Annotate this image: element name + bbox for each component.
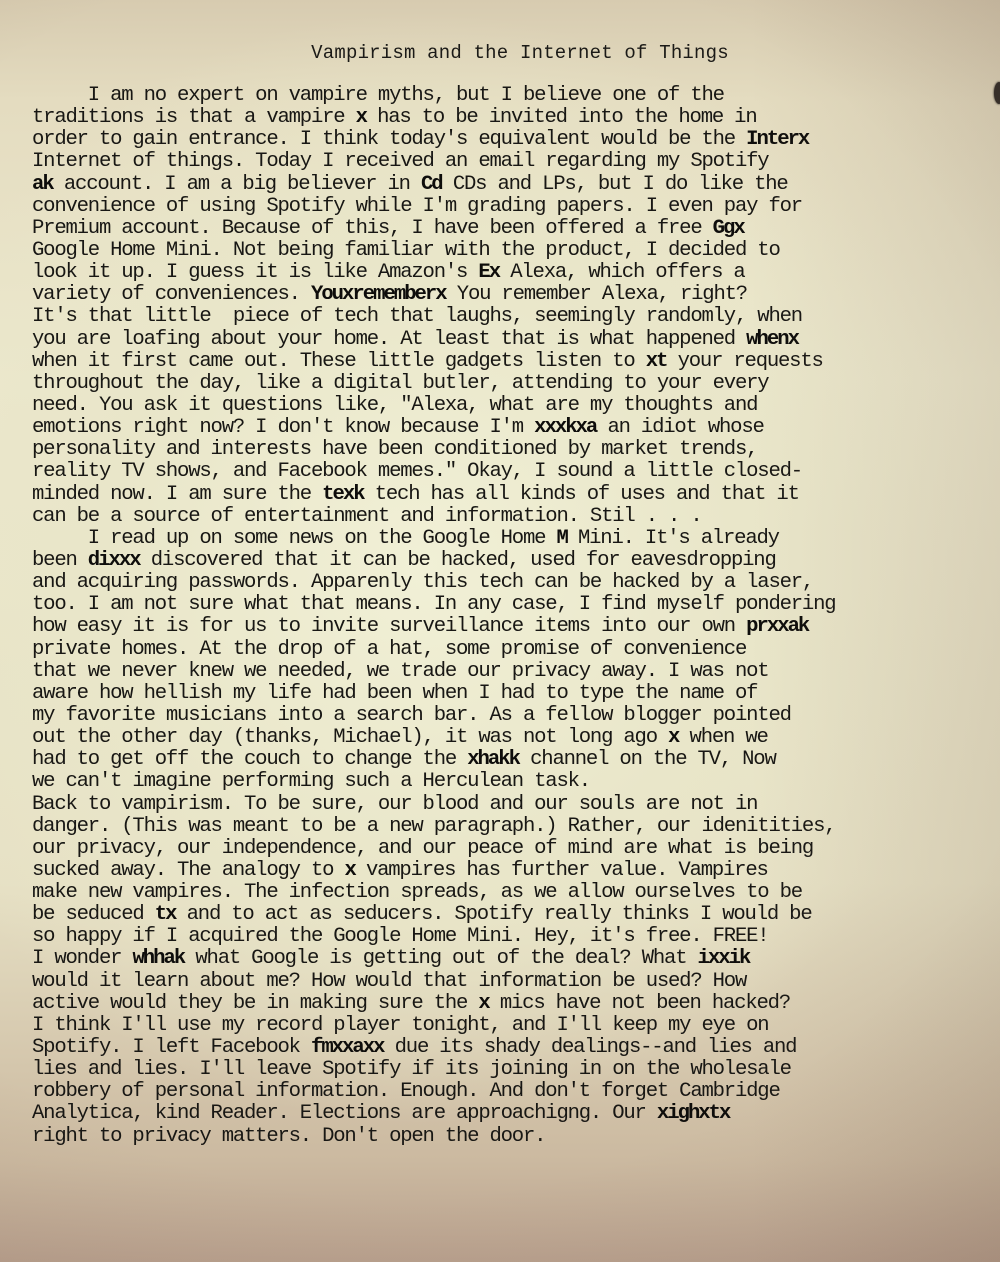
text-line: convenience of using Spotify while I'm g… [32,196,1000,218]
text-line: I think I'll use my record player tonigh… [32,1015,1000,1037]
text-line: Back to vampirism. To be sure, our blood… [32,794,1000,816]
struck-out-typo: Interx [746,128,808,151]
struck-out-typo: Ggx [713,217,744,240]
text-line: sucked away. The analogy to x vampires h… [32,860,1000,882]
struck-out-typo: prxxak [746,615,808,638]
text-line: lies and lies. I'll leave Spotify if its… [32,1059,1000,1081]
text-line: Analytica, kind Reader. Elections are ap… [32,1103,1000,1125]
text-line: emotions right now? I don't know because… [32,417,1000,439]
text-line: I wonder whhak what Google is getting ou… [32,948,1000,970]
typed-page: Vampirism and the Internet of Things I a… [0,0,1000,1262]
text-line: how easy it is for us to invite surveill… [32,616,1000,638]
text-line: look it up. I guess it is like Amazon's … [32,262,1000,284]
text-line: personality and interests have been cond… [32,439,1000,461]
text-line: Internet of things. Today I received an … [32,151,1000,173]
text-line: would it learn about me? How would that … [32,971,1000,993]
struck-out-typo: ixxik [698,947,750,970]
page-title: Vampirism and the Internet of Things [0,42,1000,64]
text-line: throughout the day, like a digital butle… [32,373,1000,395]
struck-out-typo: xighxtx [657,1102,730,1125]
text-line: out the other day (thanks, Michael), it … [32,727,1000,749]
text-line: make new vampires. The infection spreads… [32,882,1000,904]
struck-out-typo: xt [646,350,667,373]
struck-out-typo: Ex [478,261,499,284]
struck-out-typo: Cd [421,173,442,196]
text-line: order to gain entrance. I think today's … [32,129,1000,151]
text-line: robbery of personal information. Enough.… [32,1081,1000,1103]
text-line: you are loafing about your home. At leas… [32,329,1000,351]
text-line: aware how hellish my life had been when … [32,683,1000,705]
text-line: minded now. I am sure the texk tech has … [32,484,1000,506]
text-line: I read up on some news on the Google Hom… [32,528,1000,550]
text-line: danger. (This was meant to be a new para… [32,816,1000,838]
typed-body-text: I am no expert on vampire myths, but I b… [32,85,1000,1148]
text-line: right to privacy matters. Don't open the… [32,1126,1000,1148]
text-line: too. I am not sure what that means. In a… [32,594,1000,616]
text-line: been dixxx discovered that it can be hac… [32,550,1000,572]
struck-out-typo: whenx [746,328,798,351]
text-line: Google Home Mini. Not being familiar wit… [32,240,1000,262]
text-line: ak account. I am a big believer in Cd CD… [32,174,1000,196]
text-line: that we never knew we needed, we trade o… [32,661,1000,683]
struck-out-typo: fmxxaxx [311,1036,384,1059]
text-line: private homes. At the drop of a hat, som… [32,639,1000,661]
text-line: when it first came out. These little gad… [32,351,1000,373]
text-line: our privacy, our independence, and our p… [32,838,1000,860]
text-line: need. You ask it questions like, "Alexa,… [32,395,1000,417]
struck-out-typo: xhakk [467,748,519,771]
struck-out-typo: M [556,527,566,550]
text-line: Premium account. Because of this, I have… [32,218,1000,240]
struck-out-typo: dixxx [88,549,140,572]
text-line: can be a source of entertainment and inf… [32,506,1000,528]
text-line: active would they be in making sure the … [32,993,1000,1015]
text-line: I am no expert on vampire myths, but I b… [32,85,1000,107]
struck-out-typo: xxxkxa [534,416,596,439]
struck-out-typo: texk [322,483,363,506]
text-line: traditions is that a vampire x has to be… [32,107,1000,129]
text-line: and acquiring passwords. Apparenly this … [32,572,1000,594]
text-line: so happy if I acquired the Google Home M… [32,926,1000,948]
text-line: had to get off the couch to change the x… [32,749,1000,771]
struck-out-typo: x [478,992,488,1015]
text-line: we can't imagine performing such a Hercu… [32,771,1000,793]
text-line: be seduced tx and to act as seducers. Sp… [32,904,1000,926]
text-line: my favorite musicians into a search bar.… [32,705,1000,727]
struck-out-typo: x [344,859,354,882]
text-line: variety of conveniences. Youxrememberx Y… [32,284,1000,306]
text-line: It's that little piece of tech that laug… [32,306,1000,328]
struck-out-typo: Youxrememberx [311,283,446,306]
struck-out-typo: tx [155,903,176,926]
struck-out-typo: whhak [132,947,184,970]
text-line: reality TV shows, and Facebook memes." O… [32,461,1000,483]
binder-hole [994,82,1000,104]
struck-out-typo: x [356,106,366,129]
struck-out-typo: x [668,726,678,749]
text-line: Spotify. I left Facebook fmxxaxx due its… [32,1037,1000,1059]
struck-out-typo: ak [32,173,53,196]
